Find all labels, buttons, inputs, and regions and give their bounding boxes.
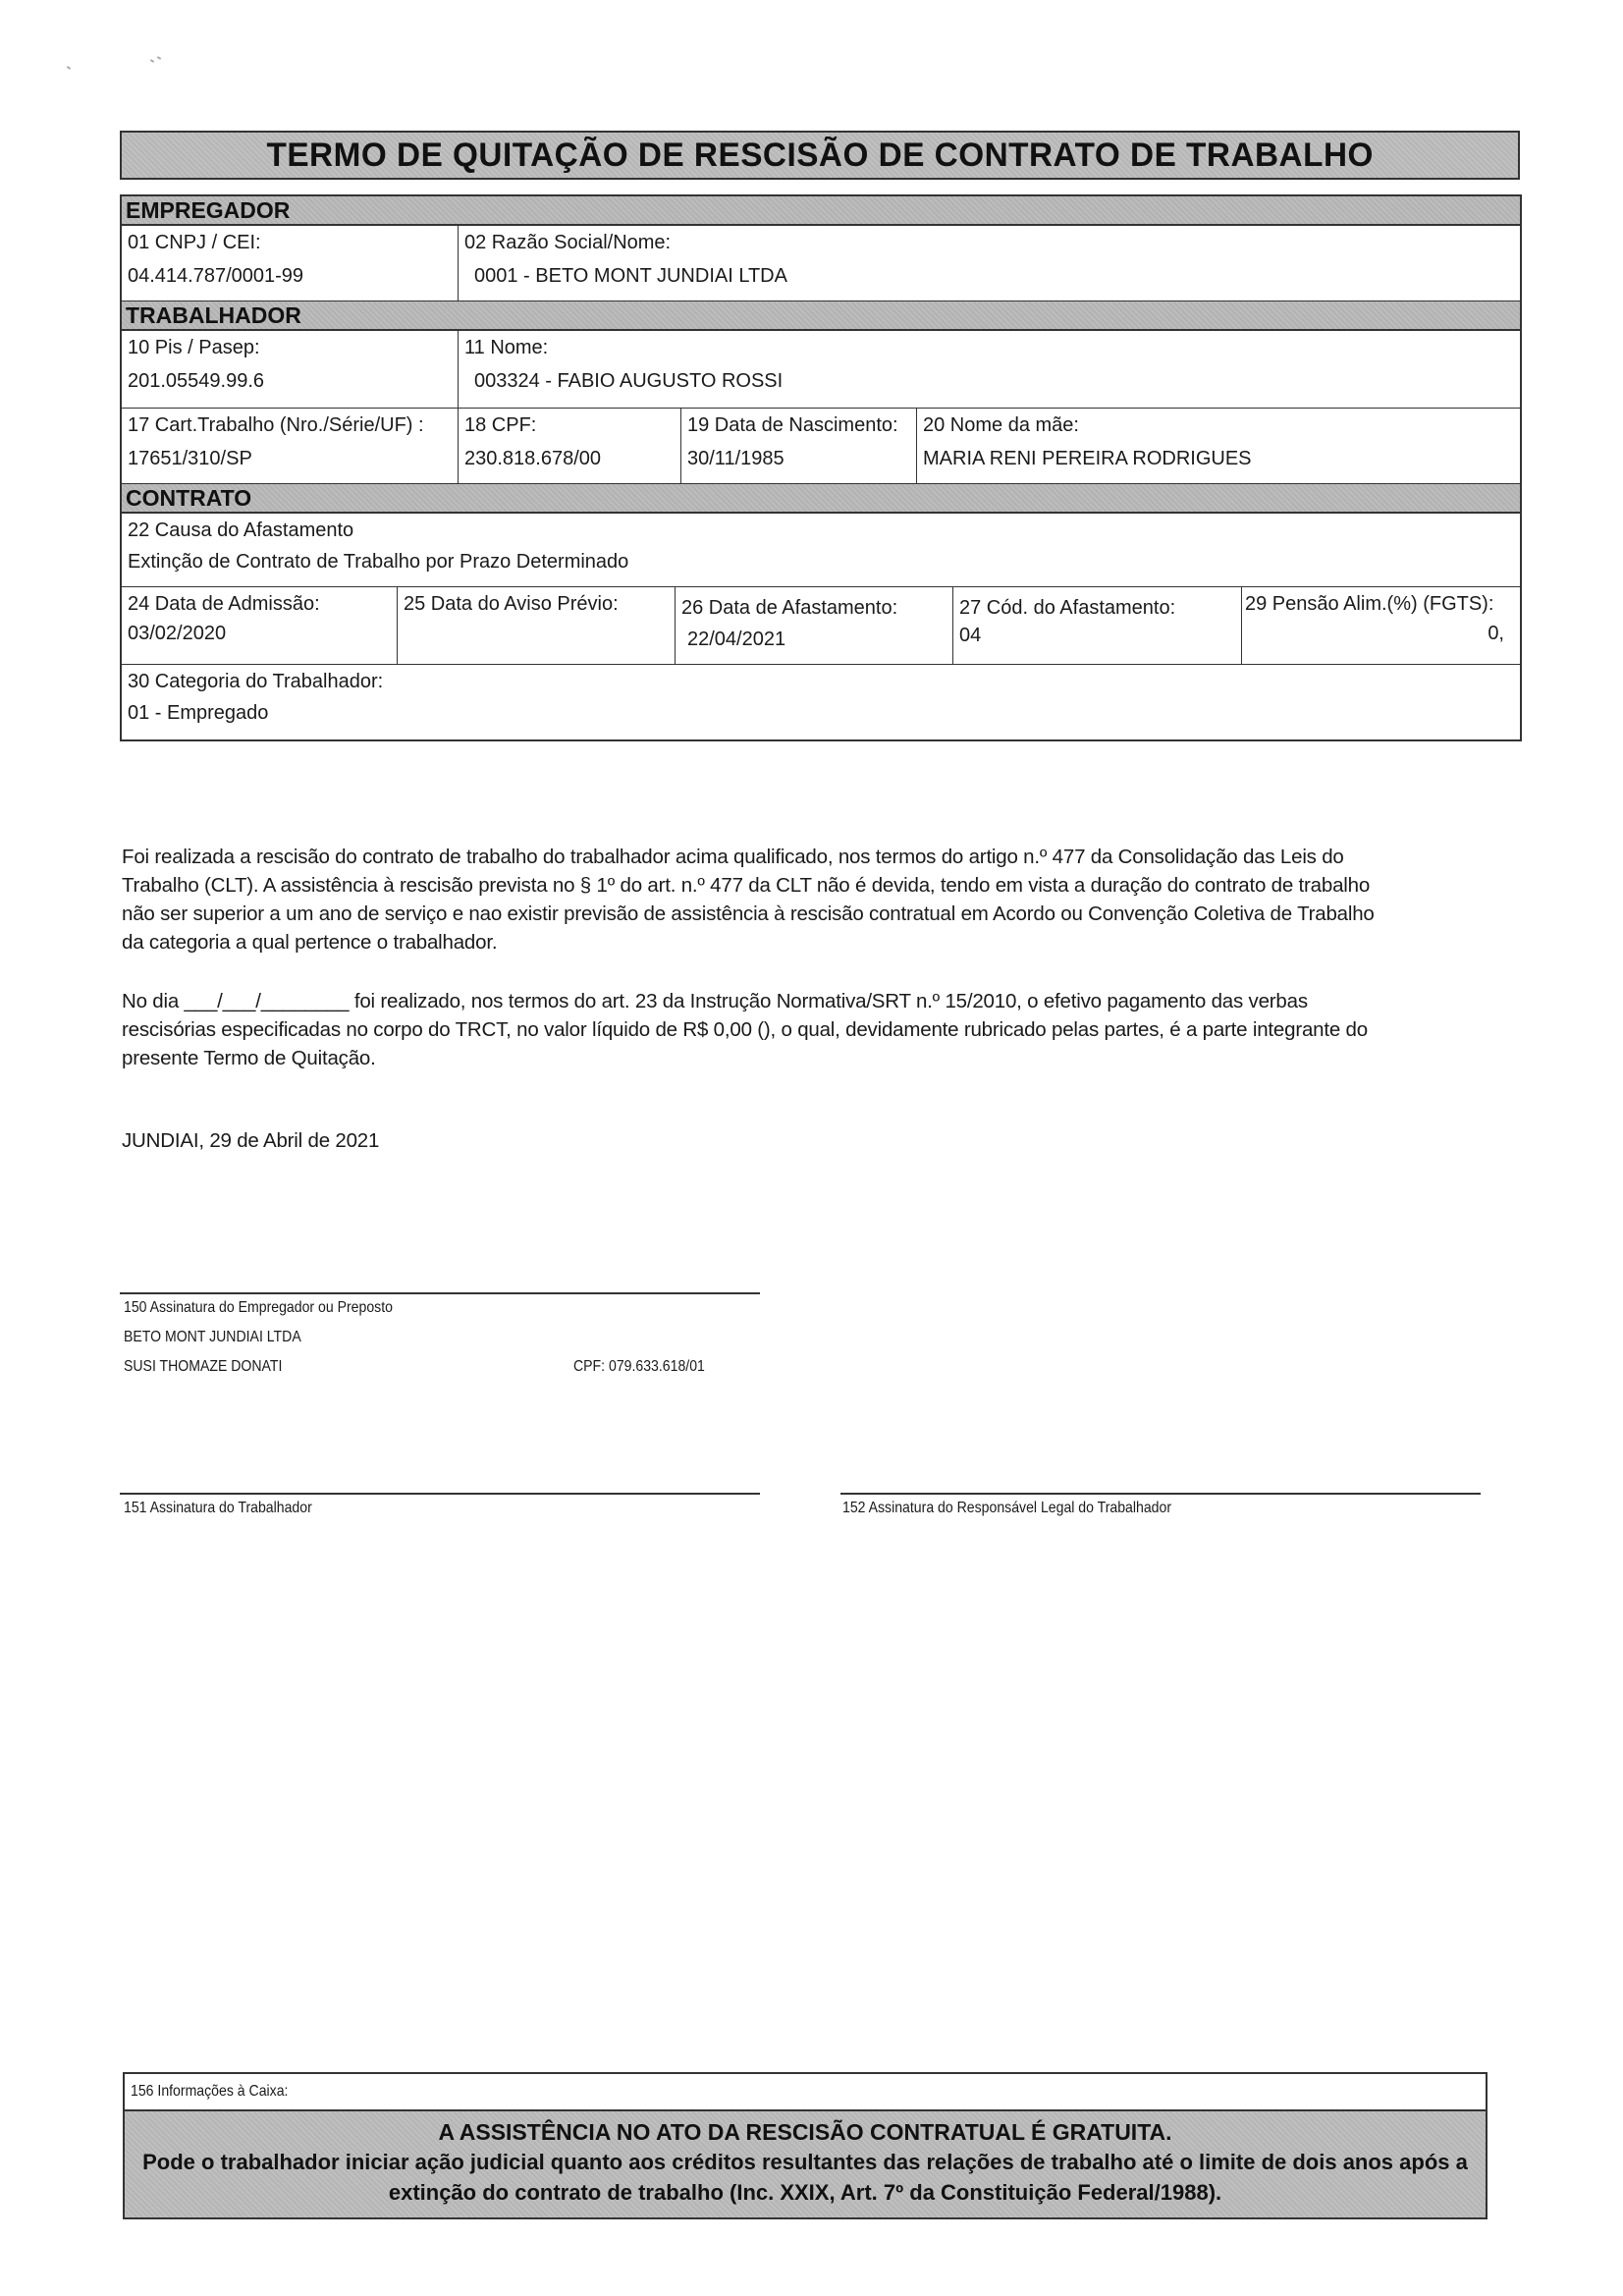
employer-representative: SUSI THOMAZE DONATI (124, 1355, 282, 1379)
employer-row: 01 CNPJ / CEI: 04.414.787/0001-99 02 Raz… (122, 226, 1520, 301)
worker-birth-cell: 19 Data de Nascimento: 30/11/1985 (681, 409, 917, 483)
bank-info-label: 156 Informações à Caixa: (131, 2080, 288, 2104)
contract-leave-code-label: 27 Cód. do Afastamento: (959, 595, 1235, 621)
discharge-statement: Foi realizada a rescisão do contrato de … (122, 843, 1398, 957)
contract-leave-code-cell: 27 Cód. do Afastamento: 04 (953, 587, 1242, 664)
worker-birth-label: 19 Data de Nascimento: (687, 412, 910, 438)
employer-name-cell: 02 Razão Social/Nome: 0001 - BETO MONT J… (459, 226, 1520, 301)
worker-ctps-label: 17 Cart.Trabalho (Nro./Série/UF) : (128, 412, 452, 438)
employer-signature-label: 150 Assinatura do Empregador ou Preposto (124, 1296, 393, 1320)
legal-notice-body: Pode o trabalhador iniciar ação judicial… (133, 2147, 1478, 2208)
legal-notice: A ASSISTÊNCIA NO ATO DA RESCISÃO CONTRAT… (125, 2111, 1486, 2217)
worker-birth-value: 30/11/1985 (687, 446, 910, 471)
contract-cause-row: 22 Causa do Afastamento Extinção de Cont… (122, 514, 1520, 587)
scan-speck (157, 56, 161, 60)
contract-notice-label: 25 Data do Aviso Prévio: (404, 591, 669, 617)
form-table: EMPREGADOR 01 CNPJ / CEI: 04.414.787/000… (120, 194, 1522, 741)
employer-signature-line (120, 1292, 760, 1294)
scan-speck (67, 66, 71, 70)
worker-name-value: 003324 - FABIO AUGUSTO ROSSI (464, 368, 1514, 394)
contract-alimony-value: 0, (1245, 621, 1514, 646)
worker-pis-cell: 10 Pis / Pasep: 201.05549.99.6 (122, 331, 459, 408)
legal-notice-title: A ASSISTÊNCIA NO ATO DA RESCISÃO CONTRAT… (133, 2117, 1478, 2147)
contract-category-value: 01 - Empregado (128, 700, 1514, 726)
worker-ctps-value: 17651/310/SP (128, 446, 452, 471)
worker-ctps-cell: 17 Cart.Trabalho (Nro./Série/UF) : 17651… (122, 409, 459, 483)
worker-cpf-cell: 18 CPF: 230.818.678/00 (459, 409, 681, 483)
contract-category-cell: 30 Categoria do Trabalhador: 01 - Empreg… (122, 665, 1520, 739)
section-contract: CONTRATO (122, 484, 1520, 514)
contract-cause-value: Extinção de Contrato de Trabalho por Pra… (128, 549, 1514, 574)
employer-cnpj-label: 01 CNPJ / CEI: (128, 230, 452, 255)
worker-name-label: 11 Nome: (464, 335, 1514, 360)
bank-info-box: 156 Informações à Caixa: A ASSISTÊNCIA N… (123, 2072, 1488, 2219)
worker-pis-label: 10 Pis / Pasep: (128, 335, 452, 360)
employer-company: BETO MONT JUNDIAI LTDA (124, 1326, 301, 1349)
contract-admission-cell: 24 Data de Admissão: 03/02/2020 (122, 587, 398, 664)
employer-name-value: 0001 - BETO MONT JUNDIAI LTDA (464, 263, 1514, 289)
employer-cnpj-value: 04.414.787/0001-99 (128, 263, 452, 289)
document-title-bar: TERMO DE QUITAÇÃO DE RESCISÃO DE CONTRAT… (120, 131, 1520, 180)
contract-leave-code-value: 04 (959, 623, 1235, 648)
employer-cnpj-cell: 01 CNPJ / CEI: 04.414.787/0001-99 (122, 226, 459, 301)
contract-alimony-cell: 29 Pensão Alim.(%) (FGTS): 0, (1242, 587, 1520, 664)
contract-category-label: 30 Categoria do Trabalhador: (128, 669, 1514, 694)
worker-mother-label: 20 Nome da mãe: (923, 412, 1514, 438)
document-title: TERMO DE QUITAÇÃO DE RESCISÃO DE CONTRAT… (266, 137, 1373, 175)
section-worker: TRABALHADOR (122, 301, 1520, 331)
payment-statement: No dia ___/___/________ foi realizado, n… (122, 987, 1398, 1072)
contract-admission-value: 03/02/2020 (128, 621, 391, 646)
contract-leave-value: 22/04/2021 (681, 627, 947, 652)
worker-cpf-label: 18 CPF: (464, 412, 675, 438)
contract-cause-label: 22 Causa do Afastamento (128, 518, 1514, 543)
worker-pis-value: 201.05549.99.6 (128, 368, 452, 394)
worker-signature-line (120, 1493, 760, 1495)
employer-name-label: 02 Razão Social/Nome: (464, 230, 1514, 255)
contract-alimony-label: 29 Pensão Alim.(%) (FGTS): (1245, 591, 1514, 617)
worker-name-cell: 11 Nome: 003324 - FABIO AUGUSTO ROSSI (459, 331, 1520, 408)
contract-leave-label: 26 Data de Afastamento: (681, 595, 947, 621)
contract-category-row: 30 Categoria do Trabalhador: 01 - Empreg… (122, 665, 1520, 739)
worker-row-1: 10 Pis / Pasep: 201.05549.99.6 11 Nome: … (122, 331, 1520, 409)
scan-speck (150, 59, 154, 63)
guardian-signature-label: 152 Assinatura do Responsável Legal do T… (842, 1497, 1171, 1520)
guardian-signature-line (840, 1493, 1481, 1495)
contract-cause-cell: 22 Causa do Afastamento Extinção de Cont… (122, 514, 1520, 586)
worker-row-2: 17 Cart.Trabalho (Nro./Série/UF) : 17651… (122, 409, 1520, 484)
place-date: JUNDIAI, 29 de Abril de 2021 (122, 1126, 1398, 1155)
contract-dates-row: 24 Data de Admissão: 03/02/2020 25 Data … (122, 587, 1520, 665)
bank-info-field: 156 Informações à Caixa: (125, 2074, 1486, 2111)
employer-representative-cpf: CPF: 079.633.618/01 (573, 1355, 705, 1379)
contract-admission-label: 24 Data de Admissão: (128, 591, 391, 617)
worker-cpf-value: 230.818.678/00 (464, 446, 675, 471)
contract-leave-cell: 26 Data de Afastamento: 22/04/2021 (676, 587, 953, 664)
section-employer: EMPREGADOR (122, 194, 1520, 226)
contract-notice-cell: 25 Data do Aviso Prévio: (398, 587, 676, 664)
worker-signature-label: 151 Assinatura do Trabalhador (124, 1497, 312, 1520)
worker-mother-cell: 20 Nome da mãe: MARIA RENI PEREIRA RODRI… (917, 409, 1520, 483)
worker-mother-value: MARIA RENI PEREIRA RODRIGUES (923, 446, 1514, 471)
